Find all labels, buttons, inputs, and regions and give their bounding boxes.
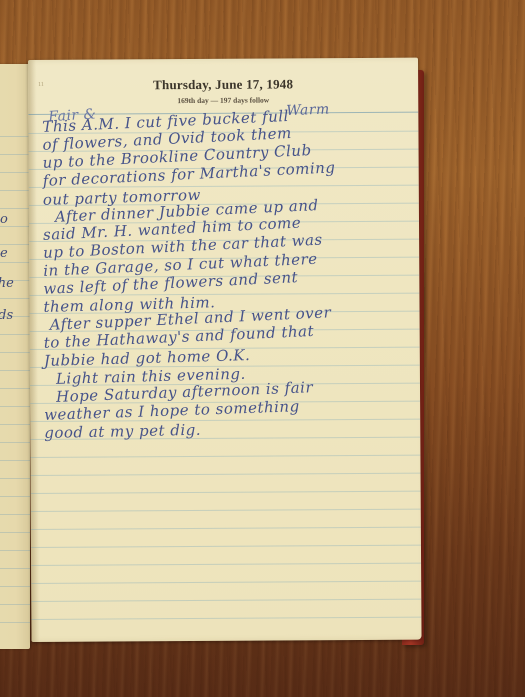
rule-line	[0, 190, 30, 191]
rule-line	[0, 406, 30, 407]
rule-line	[0, 136, 30, 137]
left-page-text-fragment: lds	[0, 308, 13, 323]
rule-line	[0, 244, 30, 245]
rule-line	[0, 604, 30, 605]
left-page-text-fragment: ehe	[0, 276, 14, 291]
rule-line	[0, 262, 30, 263]
rule-line	[0, 334, 30, 335]
rule-line	[0, 460, 30, 461]
rule-line	[0, 514, 30, 515]
rule-line	[0, 532, 30, 533]
rule-line	[0, 388, 30, 389]
rule-line	[0, 208, 30, 209]
left-page-text-fragment: e	[0, 246, 8, 261]
rule-line	[0, 622, 30, 623]
weather-note-right: Warm	[286, 101, 330, 119]
diary-page: 11 Thursday, June 17, 1948 169th day — 1…	[28, 58, 422, 642]
rule-line	[0, 172, 30, 173]
left-diary-page: o e ehe lds	[0, 64, 30, 649]
rule-line	[0, 442, 30, 443]
rule-line	[0, 298, 30, 299]
rule-line	[0, 586, 30, 587]
rule-line	[0, 478, 30, 479]
rule-line	[0, 550, 30, 551]
left-page-text-fragment: o	[0, 212, 8, 227]
rule-line	[0, 568, 30, 569]
rule-line	[0, 154, 30, 155]
handwritten-entry: Fair & Warm This A.M. I cut five bucket …	[28, 58, 422, 642]
rule-line	[0, 424, 30, 425]
rule-line	[0, 370, 30, 371]
entry-line: good at my pet dig.	[44, 421, 201, 442]
rule-line	[0, 352, 30, 353]
rule-line	[0, 496, 30, 497]
